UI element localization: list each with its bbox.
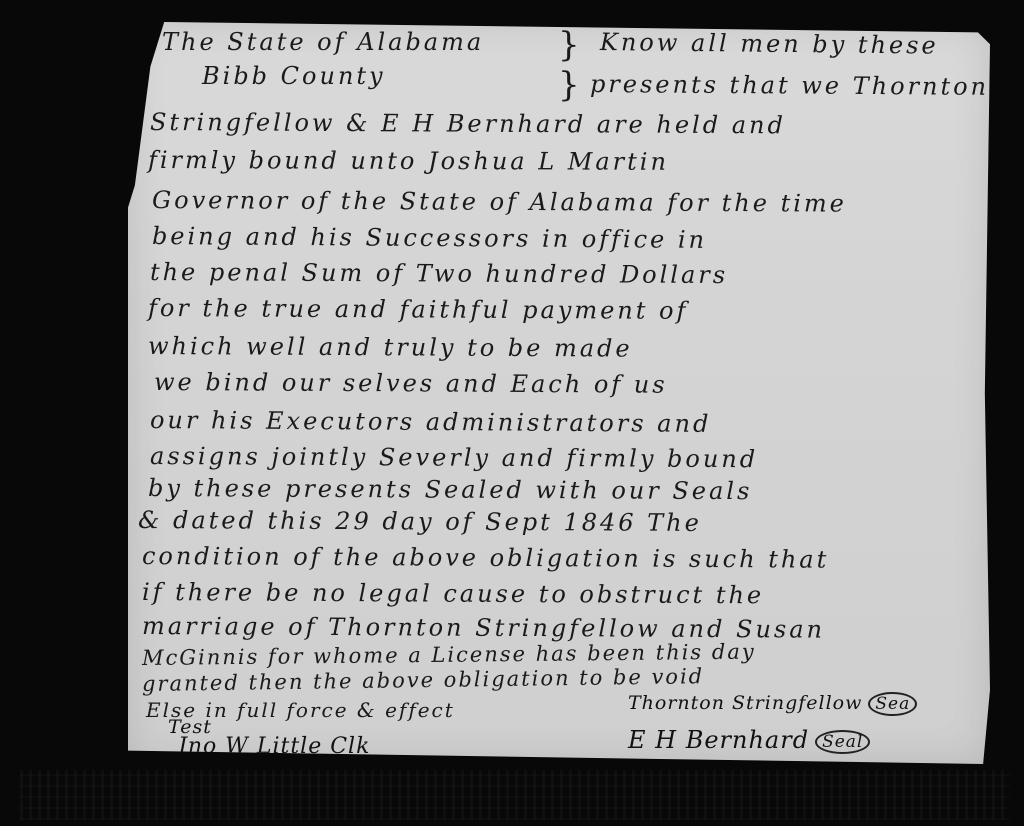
body-line-14: & dated this 29 day of Sept 1846 The: [138, 506, 702, 537]
signature-name: Thornton Stringfellow: [628, 692, 862, 714]
body-line-7: the penal Sum of Two hundred Dollars: [150, 258, 728, 289]
signature-bernhard: E H BernhardSeal: [628, 726, 870, 754]
header-brace-lower: }: [558, 68, 580, 102]
body-line-10: we bind our selves and Each of us: [154, 368, 668, 399]
body-line-11: our his Executors administrators and: [150, 406, 712, 438]
body-line-1: Know all men by these: [600, 28, 939, 60]
body-line-12: assigns jointly Severly and firmly bound: [150, 442, 758, 473]
document-viewer: The State of Alabama Bibb County } } Kno…: [0, 0, 1024, 826]
seal-mark: Seal: [815, 730, 870, 754]
body-line-17: marriage of Thornton Stringfellow and Su…: [142, 612, 825, 644]
body-line-16: if there be no legal cause to obstruct t…: [142, 578, 764, 609]
body-line-2: presents that we Thornton: [590, 70, 989, 101]
handwritten-text: The State of Alabama Bibb County } } Kno…: [128, 22, 990, 764]
body-line-13: by these presents Sealed with our Seals: [148, 474, 752, 505]
document-page: The State of Alabama Bibb County } } Kno…: [128, 22, 990, 764]
header-brace: }: [558, 28, 580, 62]
body-line-6: being and his Successors in office in: [152, 222, 707, 254]
seal-mark: Sea: [868, 692, 917, 716]
bleed-through-texture: [20, 770, 1010, 820]
header-county: Bibb County: [202, 62, 386, 90]
body-line-3: Stringfellow & E H Bernhard are held and: [150, 108, 786, 139]
body-line-4: firmly bound unto Joshua L Martin: [148, 146, 669, 176]
body-line-9: which well and truly to be made: [148, 332, 633, 363]
body-line-8: for the true and faithful payment of: [148, 294, 689, 325]
body-line-5: Governor of the State of Alabama for the…: [152, 186, 847, 218]
signature-thornton: Thornton StringfellowSea: [628, 692, 917, 716]
clerk-signature: Jno W Little Clk: [178, 734, 370, 759]
signature-name: E H Bernhard: [628, 726, 809, 754]
header-state: The State of Alabama: [162, 28, 484, 56]
body-line-15: condition of the above obligation is suc…: [142, 542, 829, 574]
